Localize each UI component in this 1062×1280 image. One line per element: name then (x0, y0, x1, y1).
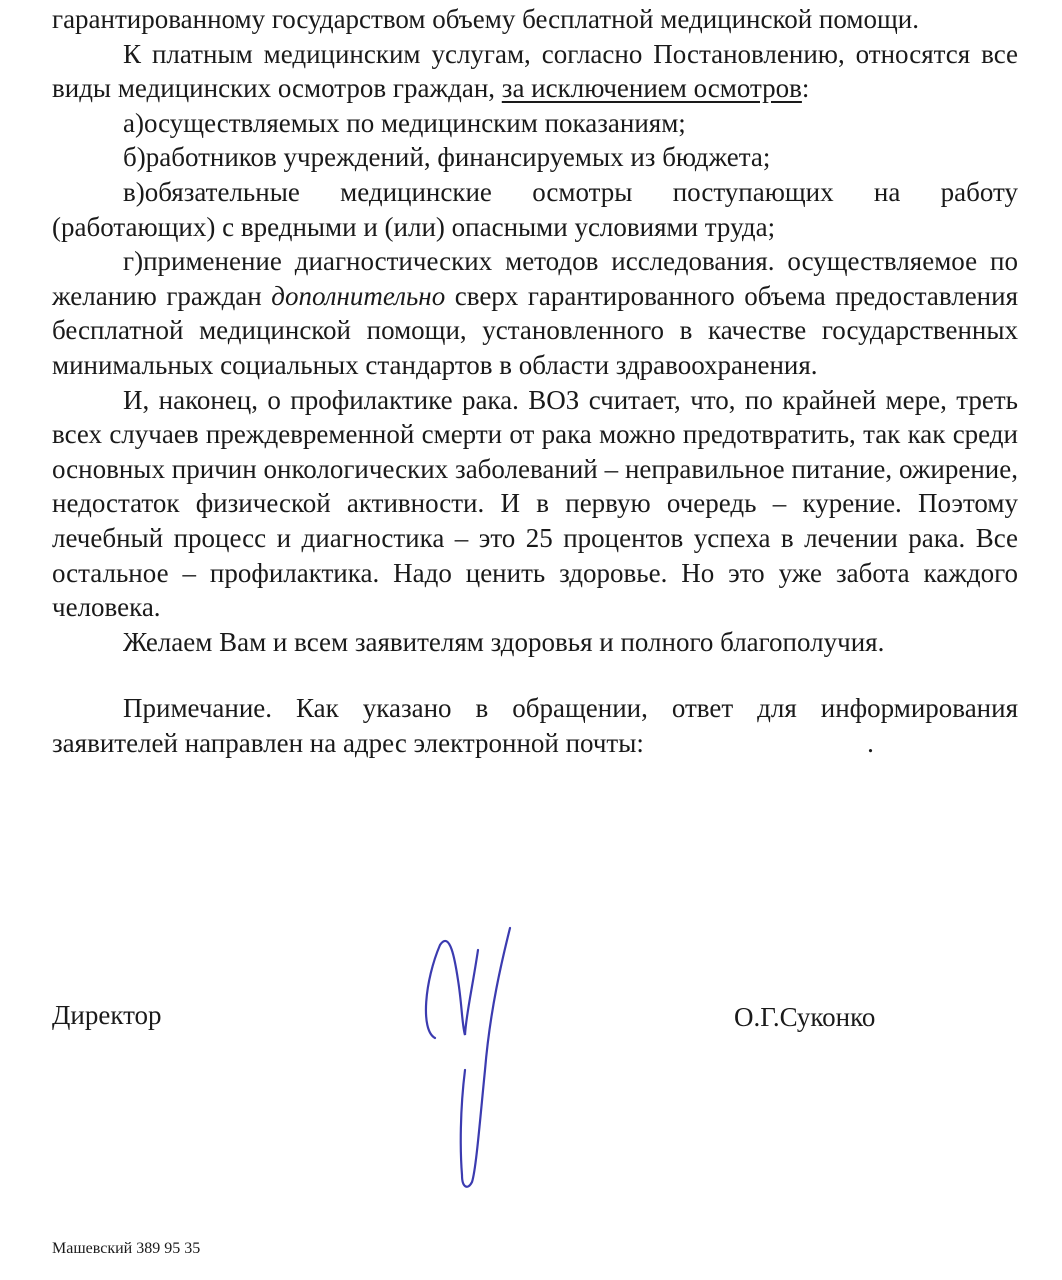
document-page: гарантированному государством объему бес… (0, 0, 1062, 1280)
letter-body: гарантированному государством объему бес… (52, 2, 1018, 760)
executor-footer: Машевский 389 95 35 (52, 1240, 200, 1258)
paragraph-cancer-prevention: И, наконец, о профилактике рака. ВОЗ счи… (52, 383, 1018, 625)
list-item-b: б)работников учреждений, финансируемых и… (52, 140, 1018, 175)
colon: : (802, 73, 810, 103)
signatory-name: О.Г.Суконко (734, 1002, 875, 1033)
paragraph-note: Примечание. Как указано в обращении, отв… (52, 691, 1018, 760)
signature-row: Директор О.Г.Суконко (52, 1000, 1018, 1040)
list-item-a: а)осуществляемых по медицинским показани… (52, 106, 1018, 141)
paragraph-continuation: гарантированному государством объему бес… (52, 2, 1018, 37)
signatory-title: Директор (52, 1000, 162, 1031)
paragraph-paid-services: К платным медицинским услугам, согласно … (52, 37, 1018, 106)
list-item-c: в)обязательные медицинские осмотры посту… (52, 175, 1018, 244)
spacer (52, 659, 1018, 691)
underlined-exception: за исключением осмотров (502, 73, 802, 103)
paragraph-wishes: Желаем Вам и всем заявителям здоровья и … (52, 625, 1018, 660)
list-item-d: г)применение диагностических методов исс… (52, 244, 1018, 382)
redacted-email: . (644, 726, 874, 761)
handwritten-signature (410, 920, 540, 1200)
italic-emphasis: дополнительно (271, 281, 445, 311)
